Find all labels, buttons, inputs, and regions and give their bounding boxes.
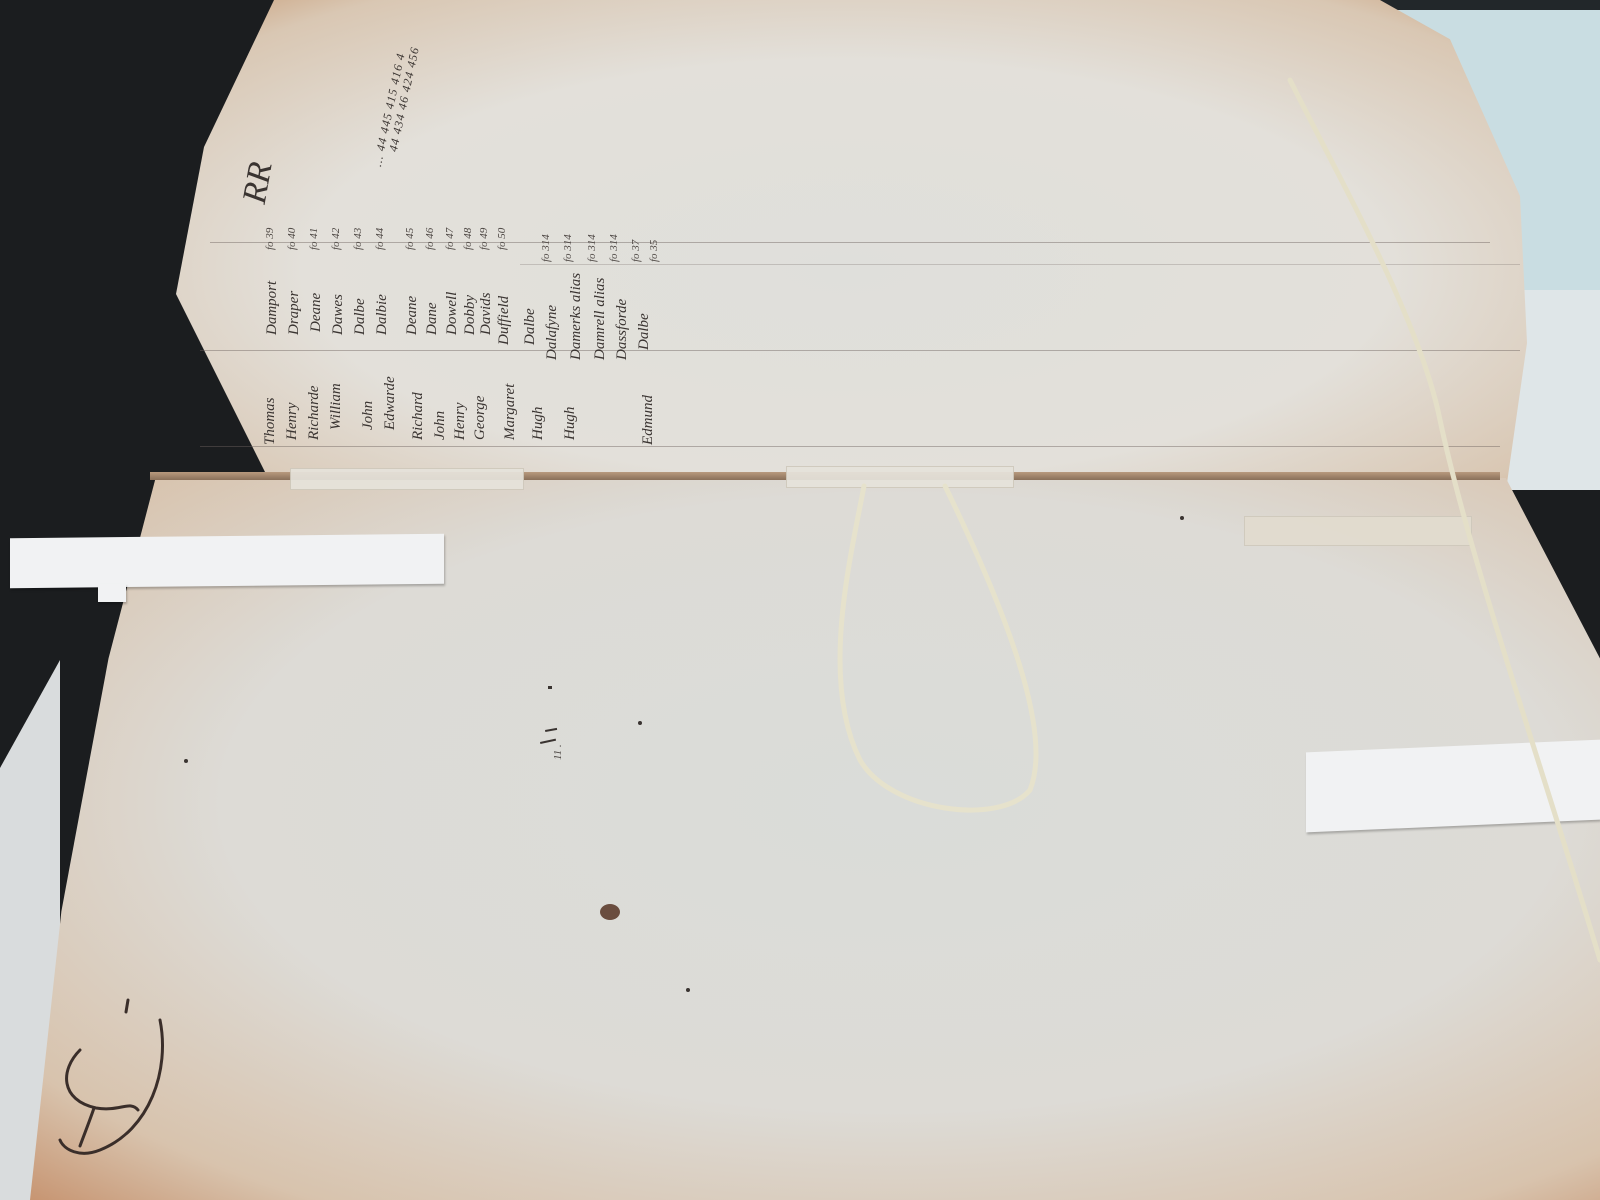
marginal-flourish: [60, 1000, 163, 1153]
ink-stain: [600, 904, 620, 920]
string-long: [1290, 80, 1600, 960]
lower-page-note: 11 .: [552, 744, 564, 760]
decorations-layer: [0, 0, 1600, 1200]
string-loop: [840, 486, 1036, 810]
